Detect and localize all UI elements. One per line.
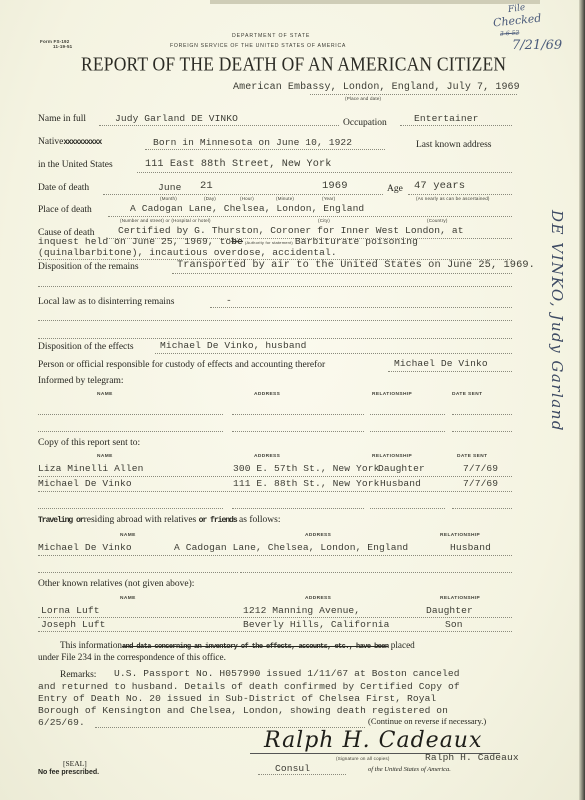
caption-country: (Country) (427, 218, 448, 223)
occupation-value: Entertainer (414, 113, 478, 124)
abroad-label-end: as follows: (239, 515, 280, 525)
service-heading: FOREIGN SERVICE OF THE UNITED STATES OF … (170, 43, 346, 49)
relatives-row2-relationship: Son (445, 619, 463, 630)
copies-col-address: ADDRESS (254, 454, 280, 459)
cause-line2-start: inquest held on June 25, 1969, to (38, 236, 231, 247)
abroad-col-relationship: RELATIONSHIP (440, 533, 480, 538)
local-law-line (210, 307, 512, 308)
cause-line2-end: Barbiturate poisoning (295, 236, 418, 247)
copies-row2-name: Michael De Vinko (38, 478, 132, 489)
relatives-row1-line (38, 617, 512, 618)
copies-col-relationship: RELATIONSHIP (372, 454, 412, 459)
form-date-text: 11-19-51 (40, 44, 72, 49)
telegram-row2-address-line (232, 431, 364, 432)
scan-edge (210, 0, 540, 4)
date-of-death-label: Date of death (38, 183, 89, 193)
place-of-death-value: A Cadogan Lane, Chelsea, London, England (130, 203, 364, 214)
caption-year: (Year) (322, 196, 335, 201)
native-label-text: Native (38, 137, 63, 147)
copies-row3-name-line (38, 508, 223, 509)
relatives-row1-address: 1212 Manning Avenue, (243, 605, 360, 616)
age-label: Age (387, 184, 403, 194)
local-law-line-2 (38, 320, 512, 321)
telegram-row2-name-line (38, 431, 223, 432)
us-address-value: 111 East 88th Street, New York (145, 159, 331, 170)
info-placed-end: placed (391, 640, 415, 650)
effects-label: Disposition of the effects (38, 342, 134, 352)
copies-row1-date: 7/7/69 (463, 463, 498, 474)
telegram-row2-rel-line (370, 431, 445, 432)
age-line (408, 194, 512, 195)
effects-line (155, 353, 512, 354)
telegram-row1-date-line (452, 414, 512, 415)
copies-row3-address-line (232, 508, 364, 509)
copies-col-name: NAME (97, 454, 113, 459)
seal: [SEAL] (63, 759, 87, 768)
telegram-label: Informed by telegram: (38, 376, 123, 386)
local-law-line-3 (38, 338, 512, 339)
copies-row1-relationship: Daughter (378, 463, 425, 474)
occupation-label: Occupation (343, 118, 387, 128)
relatives-col-address: ADDRESS (305, 596, 331, 601)
telegram-col-relationship: RELATIONSHIP (372, 392, 412, 397)
copies-row2-line (38, 491, 512, 492)
copies-row3-date-line (452, 508, 512, 509)
cause-value-line2: inquest held on June 25, 1969, tobe(Auth… (38, 236, 418, 247)
us-address-line (137, 172, 512, 173)
native-value: Born in Minnesota on June 10, 1922 (153, 137, 352, 148)
info-placed-struck: and data concerning an inventory of the … (122, 643, 388, 651)
copies-row3-rel-line (370, 508, 445, 509)
name-value: Judy Garland DE VINKO (115, 113, 238, 124)
signature-caption: (Signature on all copies) (336, 756, 390, 761)
fee-note: No fee prescribed. (38, 769, 99, 776)
abroad-label: Traveling orresiding abroad with relativ… (38, 515, 280, 525)
abroad-row2-line-a (38, 572, 238, 573)
document-page: Form FS-192 11-19-51 DEPARTMENT OF STATE… (0, 0, 585, 800)
caption-street: (Number and street) or (Hospital or hote… (120, 218, 211, 223)
remarks-label: Remarks: (60, 670, 96, 680)
scan-edge-shadow (579, 0, 585, 800)
effects-value: Michael De Vinko, husband (160, 340, 306, 351)
copies-label: Copy of this report sent to: (38, 438, 140, 448)
caption-month: (Month) (160, 196, 177, 201)
info-placed-line2: under File 234 in the correspondence of … (38, 652, 226, 662)
remains-label: Disposition of the remains (38, 262, 139, 272)
cause-line2-struck: be (231, 236, 243, 247)
abroad-row1-line (38, 555, 512, 556)
remarks-line3: Entry of Death No. 20 issued in Sub-Dist… (38, 693, 436, 704)
remarks-line1: U.S. Passport No. H057990 issued 1/11/67… (114, 668, 460, 679)
place-of-death-label: Place of death (38, 205, 92, 215)
annotation-date-struck: 3-6-52 (500, 29, 520, 37)
page-title: REPORT OF THE DEATH OF AN AMERICAN CITIZ… (81, 52, 506, 76)
place-date-caption: (Place and date) (345, 96, 381, 101)
remains-value: Transported by air to the United States … (177, 259, 535, 271)
place-of-death-line (108, 216, 512, 217)
remains-extra-line (38, 286, 512, 287)
abroad-struck-1: Traveling or (38, 516, 84, 525)
date-of-death-line (103, 194, 383, 195)
relatives-col-relationship: RELATIONSHIP (440, 596, 480, 601)
telegram-row1-address-line (232, 414, 364, 415)
copies-col-date-sent: DATE SENT (457, 454, 487, 459)
name-line (99, 125, 339, 126)
caption-minute: (Minute) (276, 196, 294, 201)
other-relatives-label: Other known relatives (not given above): (38, 579, 194, 589)
telegram-row1-rel-line (370, 414, 445, 415)
death-day: 21 (200, 180, 213, 192)
copies-row1-address: 300 E. 57th St., New York (233, 463, 379, 474)
consul-title-suffix: of the United States of America. (368, 766, 451, 773)
caption-hour: (Hour) (240, 196, 254, 201)
relatives-col-name: NAME (120, 596, 136, 601)
copies-row1-line (38, 476, 512, 477)
abroad-row2-line-b (240, 572, 512, 573)
us-address-label: in the United States (38, 160, 113, 170)
death-year: 1969 (322, 180, 348, 192)
copies-row2-date: 7/7/69 (463, 478, 498, 489)
telegram-col-name: NAME (97, 392, 113, 397)
native-label: Nativexxxxxxxxxx (38, 137, 101, 147)
cause-value-line3: (quinalbarbitone), incautious overdose, … (38, 247, 337, 258)
local-law-value: - (226, 295, 232, 306)
copies-row1-name: Liza Minelli Allen (38, 463, 143, 474)
relatives-row1-relationship: Daughter (426, 605, 473, 616)
name-label: Name in full (38, 114, 86, 124)
abroad-col-address: ADDRESS (305, 533, 331, 538)
consul-typed-name: Ralph H. Cadeaux (425, 752, 519, 763)
cause-value-line1: Certified by G. Thurston, Coroner for In… (118, 225, 464, 236)
annotation-date: 7/21/69 (512, 38, 562, 53)
remains-line (172, 273, 512, 274)
place-and-date: American Embassy, London, England, July … (233, 82, 520, 93)
annotation-checked: Checked (492, 12, 541, 30)
consul-title: Consul (275, 763, 310, 774)
remarks-line2: and returned to husband. Details of deat… (38, 681, 460, 692)
relatives-row2-name: Joseph Luft (41, 619, 105, 630)
relatives-row1-name: Lorna Luft (41, 605, 100, 616)
custody-value: Michael De Vinko (394, 358, 488, 369)
copies-row2-address: 111 E. 88th St., New York (233, 478, 379, 489)
abroad-struck-2: or friends (199, 516, 237, 525)
last-known-address-label: Last known address (416, 140, 491, 150)
telegram-col-date-sent: DATE SENT (452, 392, 482, 397)
cause-authority-caption: (Authority for statement) (245, 240, 293, 245)
abroad-col-name: NAME (120, 533, 136, 538)
custody-label: Person or official responsible for custo… (38, 360, 325, 370)
abroad-label-mid: residing abroad with relatives (84, 515, 197, 525)
abroad-row1-relationship: Husband (450, 542, 491, 553)
remarks-line5: 6/25/69. (38, 717, 85, 728)
form-number: Form FS-192 11-19-51 (40, 39, 72, 49)
local-law-label: Local law as to disinterring remains (38, 297, 174, 307)
department-heading: DEPARTMENT OF STATE (232, 33, 310, 39)
caption-city: (City) (318, 218, 330, 223)
continue-note: (Continue on reverse if necessary.) (368, 716, 486, 726)
native-struck-out: xxxxxxxxxx (63, 138, 101, 147)
death-month: June (158, 182, 181, 193)
info-placed-start: This information (60, 640, 122, 650)
info-placed-line1: This informationand data concerning an i… (60, 640, 415, 651)
age-caption: (As nearly as can be ascertained) (416, 196, 490, 201)
remarks-line4: Borough of Kensington and Chelsea, Londo… (38, 705, 448, 716)
telegram-row2-date-line (452, 431, 512, 432)
caption-day: (Day) (204, 196, 216, 201)
telegram-row1-name-line (38, 414, 223, 415)
copies-row2-relationship: Husband (380, 478, 421, 489)
relatives-row2-line (38, 631, 512, 632)
abroad-row1-address: A Cadogan Lane, Chelsea, London, England (174, 542, 408, 553)
relatives-row2-address: Beverly Hills, California (243, 619, 389, 630)
native-line (145, 149, 385, 150)
custody-line (388, 371, 512, 372)
consul-title-line (258, 774, 346, 775)
margin-handwritten-name: DE VINKO, Judy Garland (548, 210, 566, 432)
telegram-col-address: ADDRESS (254, 392, 280, 397)
age-value: 47 years (414, 180, 465, 192)
place-date-line (310, 94, 517, 95)
occupation-line (400, 125, 512, 126)
abroad-row1-name: Michael De Vinko (38, 542, 132, 553)
consul-signature: Ralph H. Cadeaux (264, 728, 482, 753)
